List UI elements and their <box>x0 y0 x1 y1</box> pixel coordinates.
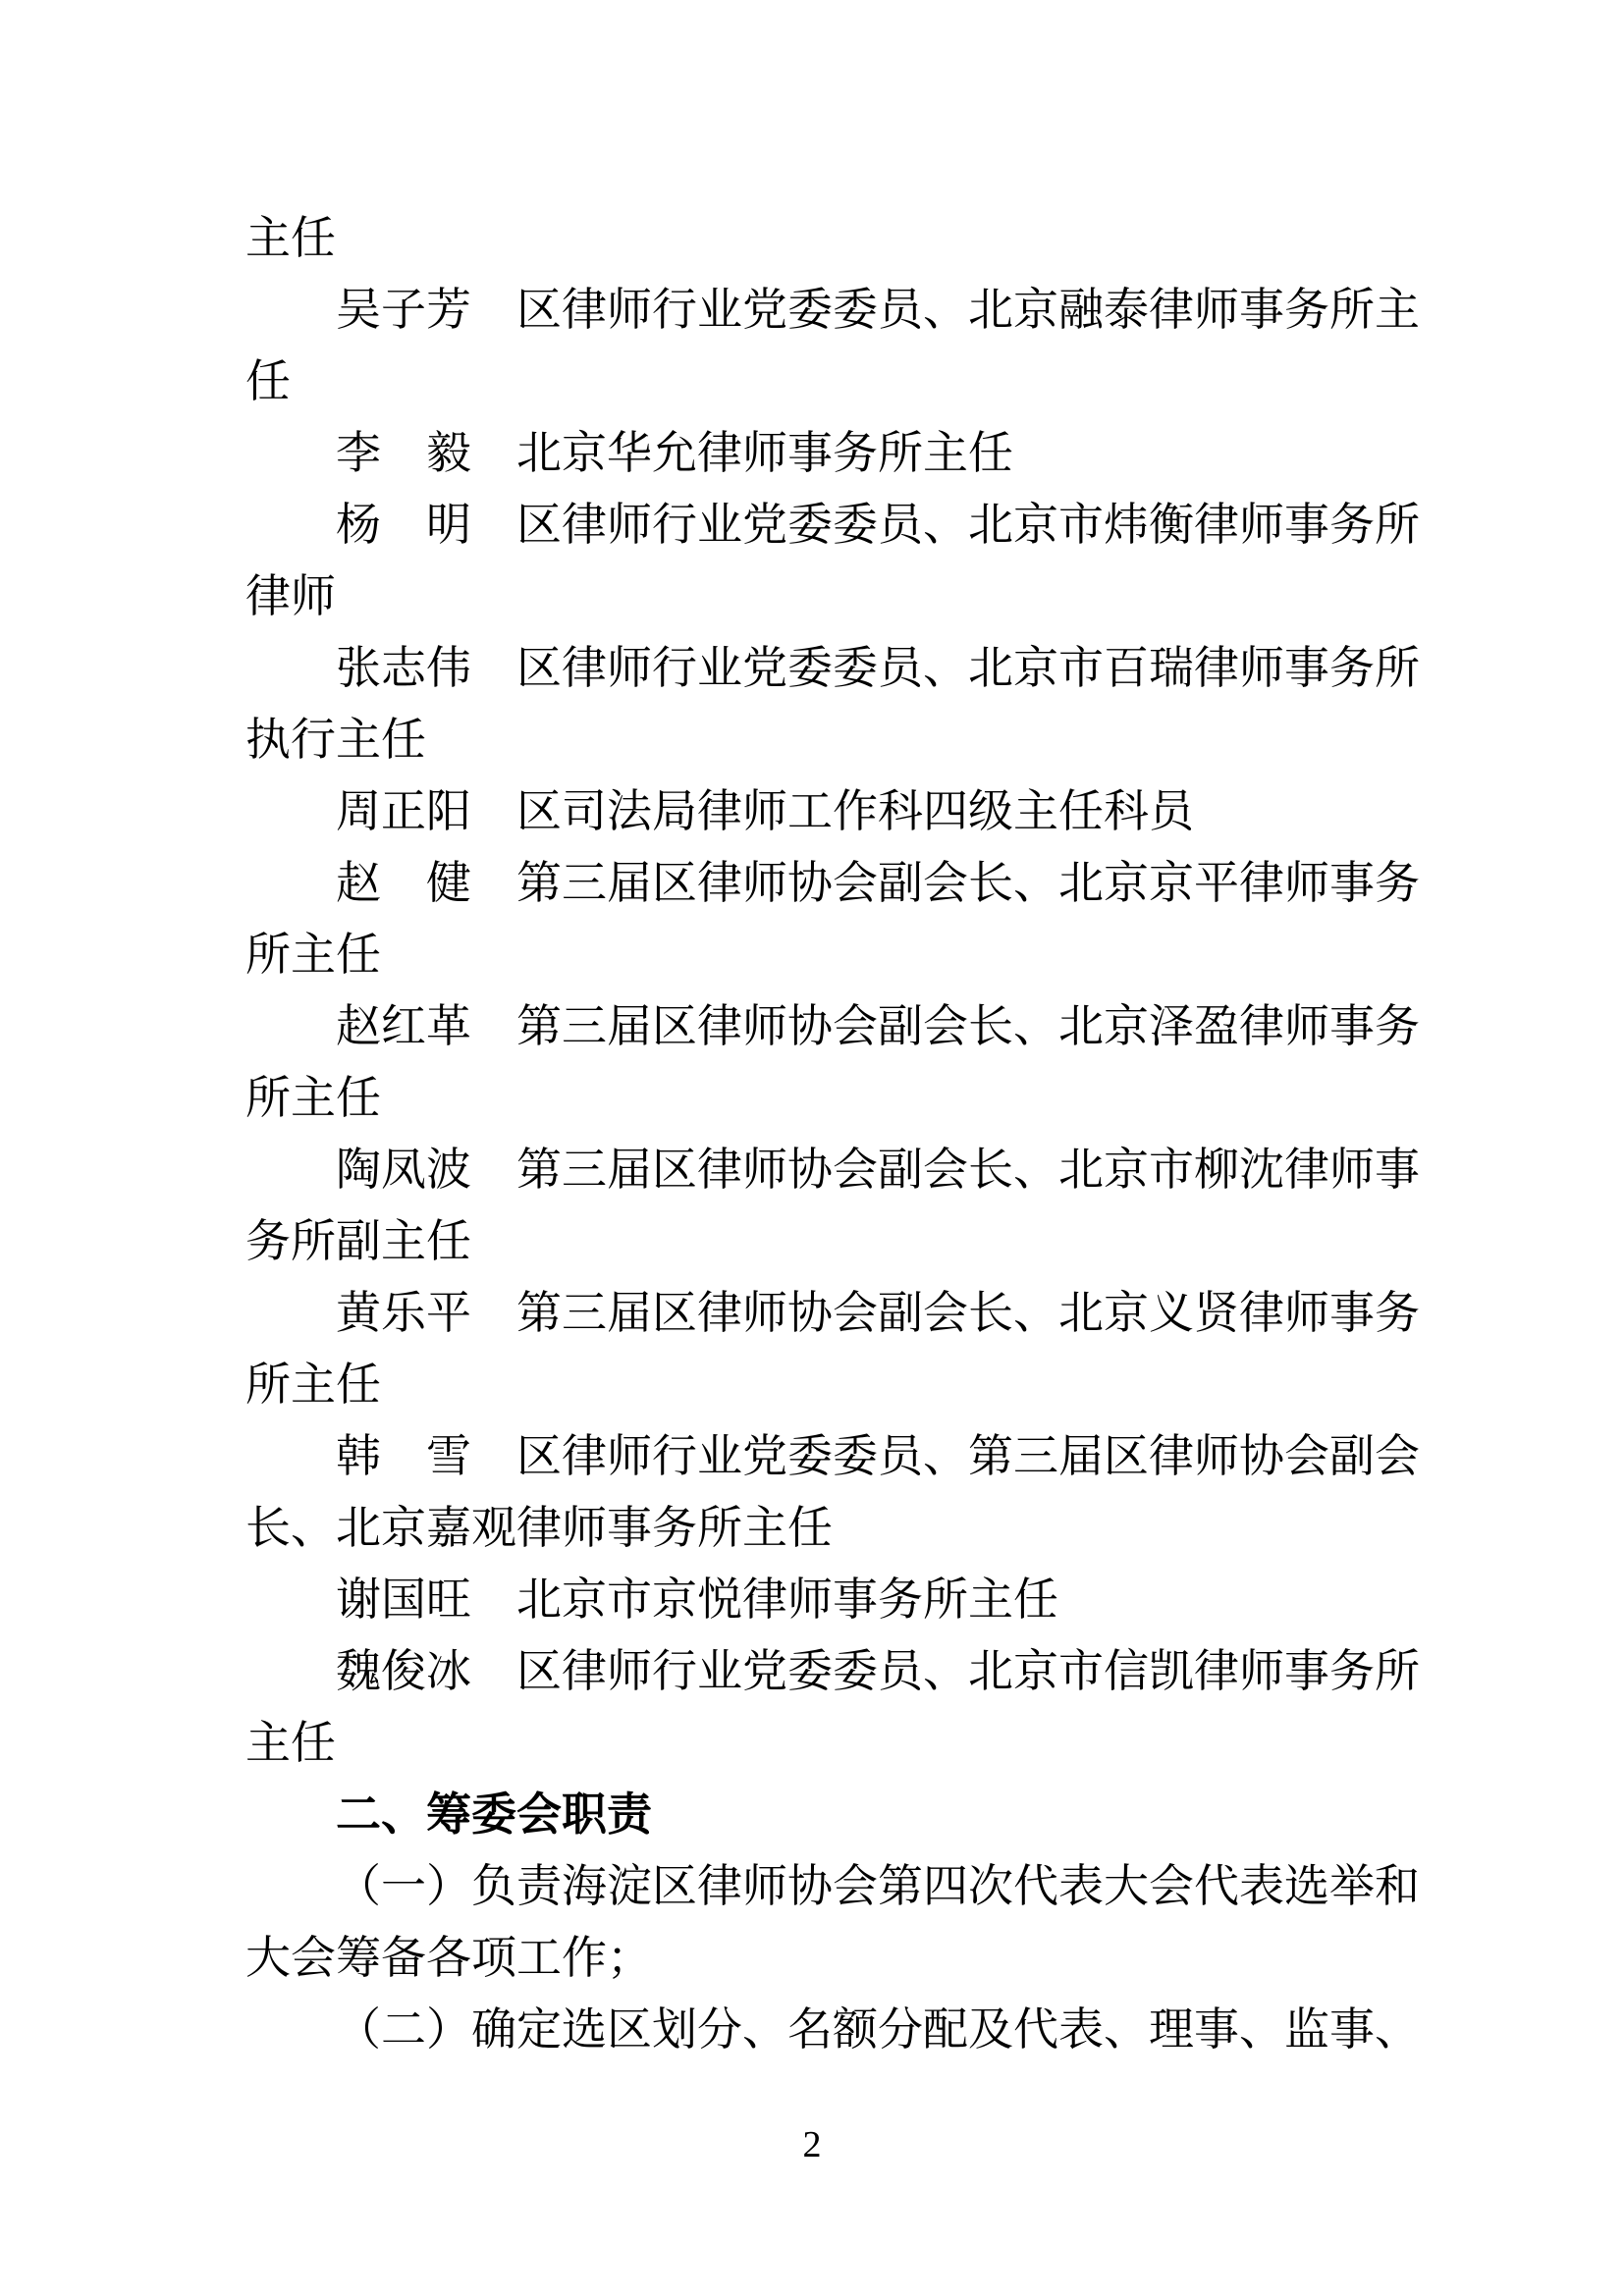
text-line: 赵红革 第三届区律师协会副会长、北京泽盈律师事务 <box>245 990 1443 1062</box>
text-line: 所主任 <box>245 919 1443 990</box>
text-line: 务所副主任 <box>245 1205 1443 1277</box>
page-number: 2 <box>0 2120 1624 2169</box>
text-line: 主任 <box>245 1707 1443 1779</box>
text-line: 杨 明 区律师行业党委委员、北京市炜衡律师事务所 <box>245 489 1443 561</box>
text-line: （二）确定选区划分、名额分配及代表、理事、监事、 <box>245 1994 1443 2065</box>
text-line: 魏俊冰 区律师行业党委委员、北京市信凯律师事务所 <box>245 1635 1443 1707</box>
text-line: 李 毅 北京华允律师事务所主任 <box>245 417 1443 489</box>
section-heading: 二、筹委会职责 <box>245 1779 1443 1850</box>
document-page: 主任吴子芳 区律师行业党委委员、北京融泰律师事务所主任李 毅 北京华允律师事务所… <box>0 0 1624 2296</box>
text-line: （一）负责海淀区律师协会第四次代表大会代表选举和 <box>245 1850 1443 1922</box>
text-line: 执行主任 <box>245 704 1443 775</box>
text-line: 陶凤波 第三届区律师协会副会长、北京市柳沈律师事 <box>245 1134 1443 1205</box>
text-line: 黄乐平 第三届区律师协会副会长、北京义贤律师事务 <box>245 1277 1443 1349</box>
text-line: 吴子芳 区律师行业党委委员、北京融泰律师事务所主 <box>245 274 1443 346</box>
text-line: 主任 <box>245 202 1443 274</box>
text-line: 张志伟 区律师行业党委委员、北京市百瑞律师事务所 <box>245 632 1443 704</box>
text-line: 所主任 <box>245 1062 1443 1134</box>
text-line: 任 <box>245 346 1443 417</box>
text-line: 大会筹备各项工作； <box>245 1922 1443 1994</box>
document-text-block: 主任吴子芳 区律师行业党委委员、北京融泰律师事务所主任李 毅 北京华允律师事务所… <box>245 202 1443 2065</box>
text-line: 律师 <box>245 561 1443 632</box>
text-line: 周正阳 区司法局律师工作科四级主任科员 <box>245 775 1443 847</box>
text-line: 长、北京嘉观律师事务所主任 <box>245 1492 1443 1564</box>
text-line: 谢国旺 北京市京悦律师事务所主任 <box>245 1564 1443 1635</box>
text-line: 韩 雪 区律师行业党委委员、第三届区律师协会副会 <box>245 1420 1443 1492</box>
text-line: 所主任 <box>245 1349 1443 1420</box>
text-line: 赵 健 第三届区律师协会副会长、北京京平律师事务 <box>245 847 1443 919</box>
